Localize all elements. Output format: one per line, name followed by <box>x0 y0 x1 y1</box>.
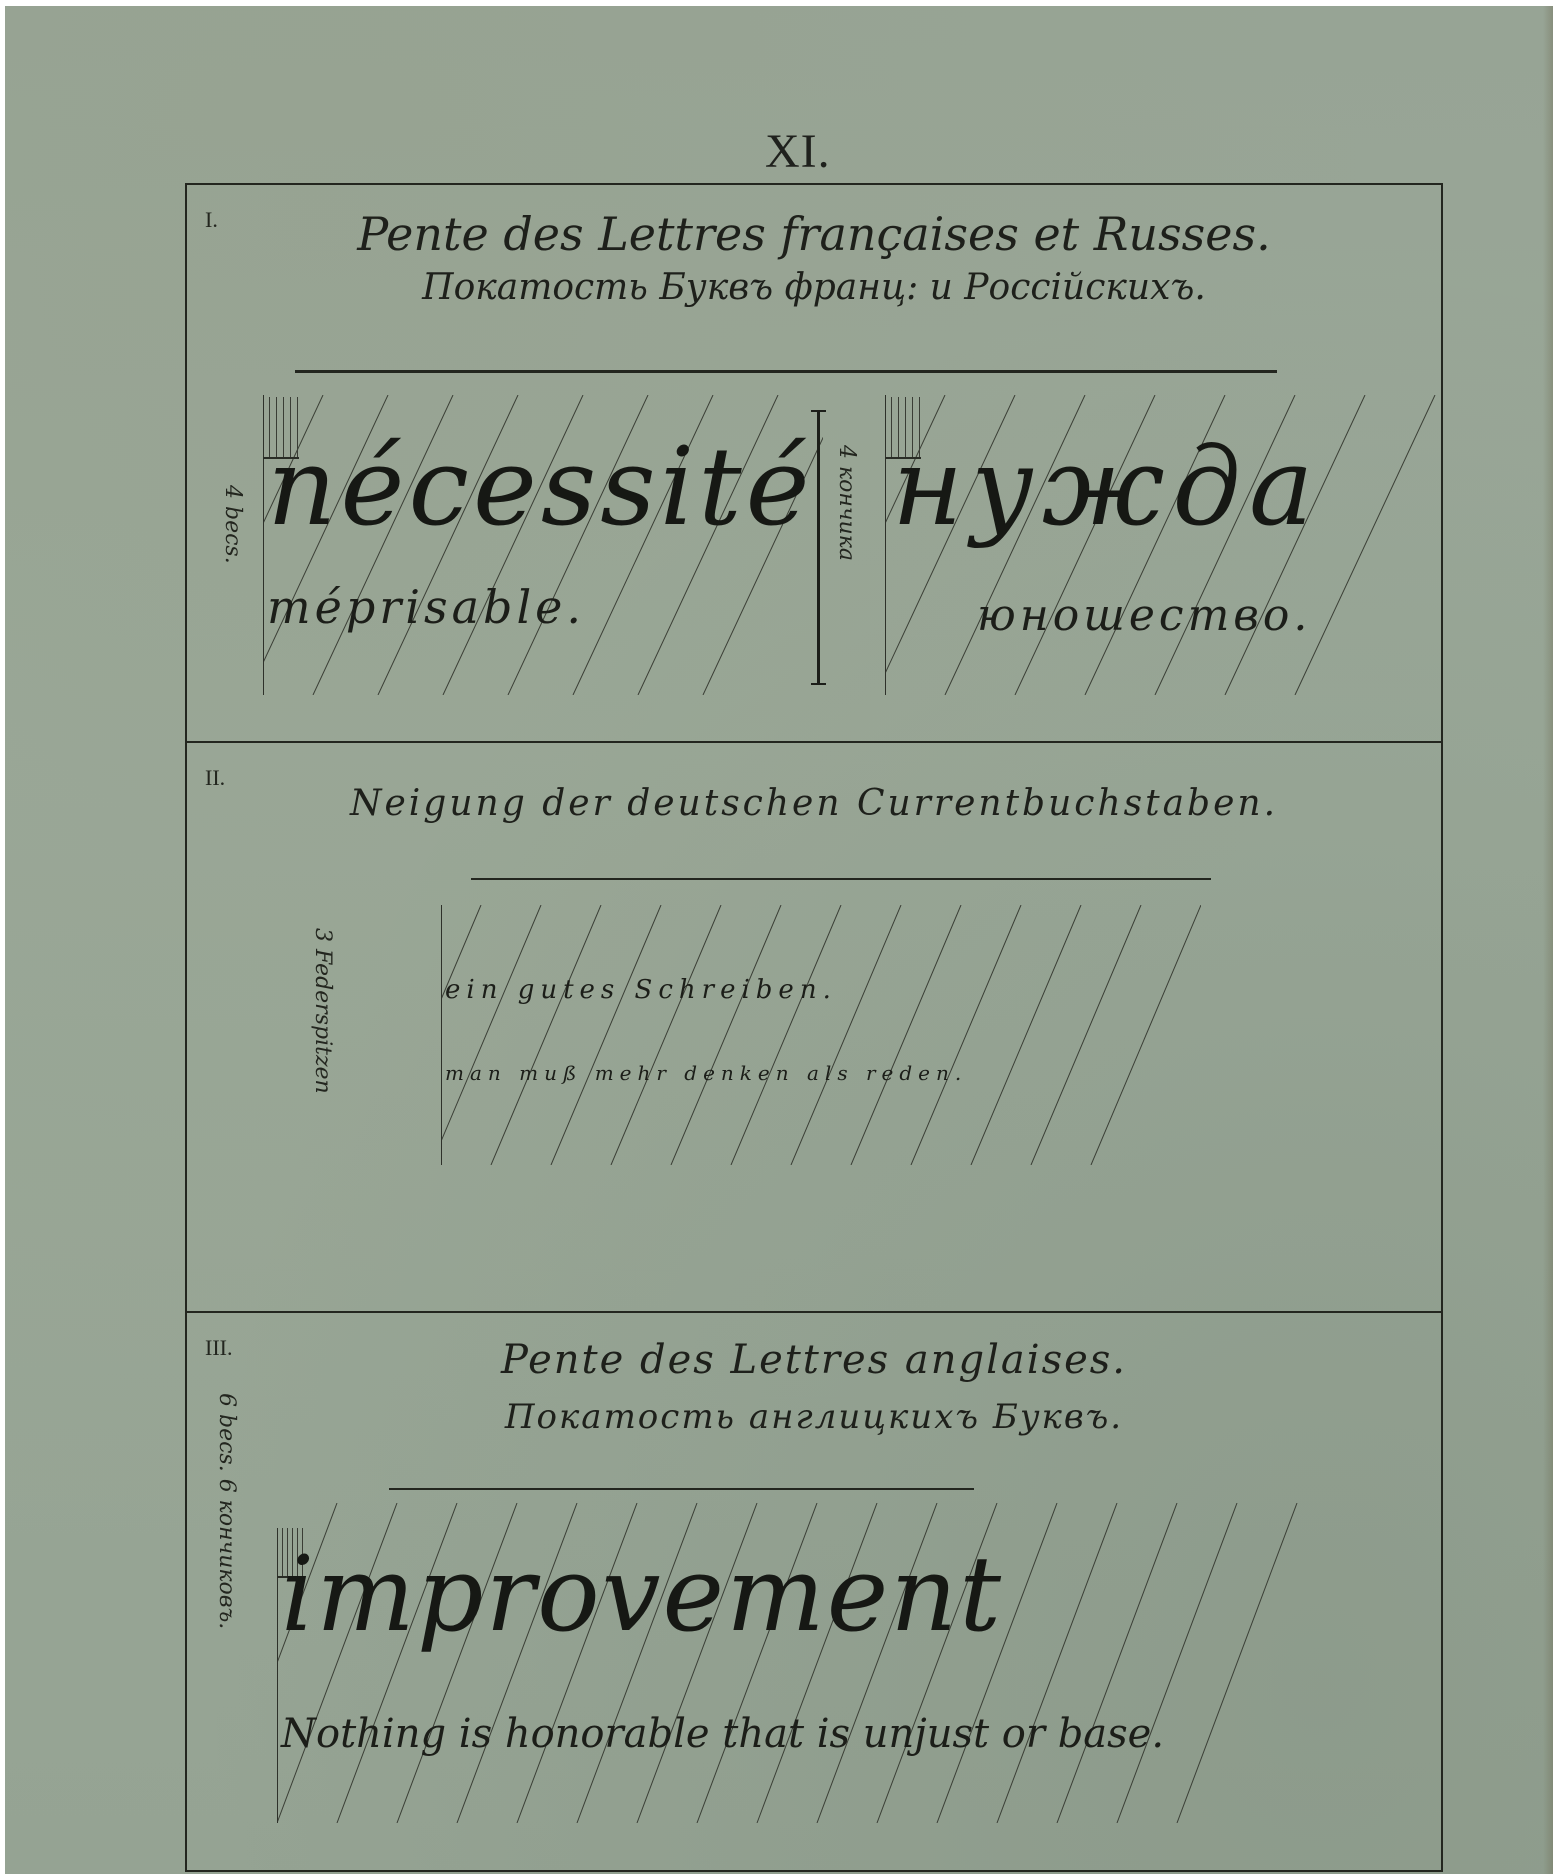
model-phrase-russian: юношество. <box>977 590 1311 641</box>
slant-guide-lines <box>441 905 1201 1165</box>
section-title-russian: Покатость англицкихъ Буквъ. <box>187 1397 1441 1437</box>
divider-bar <box>817 410 820 685</box>
side-label-konchika: 4 кончика <box>834 445 859 561</box>
section-1-french-russian-slant: I. Pente des Lettres françaises et Russe… <box>187 185 1441 743</box>
model-line-1: ein gutes Schreiben. <box>445 975 837 1005</box>
plate-frame: I. Pente des Lettres françaises et Russe… <box>185 183 1443 1872</box>
title-underline <box>295 370 1277 373</box>
section-title-french: Pente des Lettres françaises et Russes. <box>187 207 1441 261</box>
section-title-german: Neigung der deutschen Currentbuchstaben. <box>187 783 1441 824</box>
section-3-english-slant: III. Pente des Lettres anglaises. Покато… <box>187 1313 1441 1870</box>
engraved-plate-page: XI. I. Pente des Lettres françaises et R… <box>5 6 1553 1874</box>
model-word-english: improvement <box>281 1533 1003 1655</box>
section-2-german-slant: II. Neigung der deutschen Currentbuchsta… <box>187 743 1441 1313</box>
model-line-2: man muß mehr denken als reden. <box>445 1061 967 1085</box>
model-word-russian: нужда <box>892 425 1321 550</box>
baseline-margin-line <box>441 905 442 1165</box>
side-label-becs-konchikov: 6 becs. 6 кончиковъ. <box>214 1393 239 1629</box>
side-label-federspitzen: 3 Federspitzen <box>310 928 335 1094</box>
title-underline <box>471 878 1211 880</box>
section-title-french: Pente des Lettres anglaises. <box>187 1337 1441 1383</box>
title-underline <box>389 1488 974 1490</box>
model-word-french: nécessité <box>267 425 814 550</box>
model-phrase-french: méprisable. <box>267 580 585 634</box>
section-title-russian: Покатость Буквъ франц: и Россійскихъ. <box>187 267 1441 308</box>
plate-number: XI. <box>765 124 831 179</box>
side-label-becs: 4 becs. <box>220 485 245 564</box>
model-phrase-english: Nothing is honorable that is unjust or b… <box>281 1711 1164 1757</box>
